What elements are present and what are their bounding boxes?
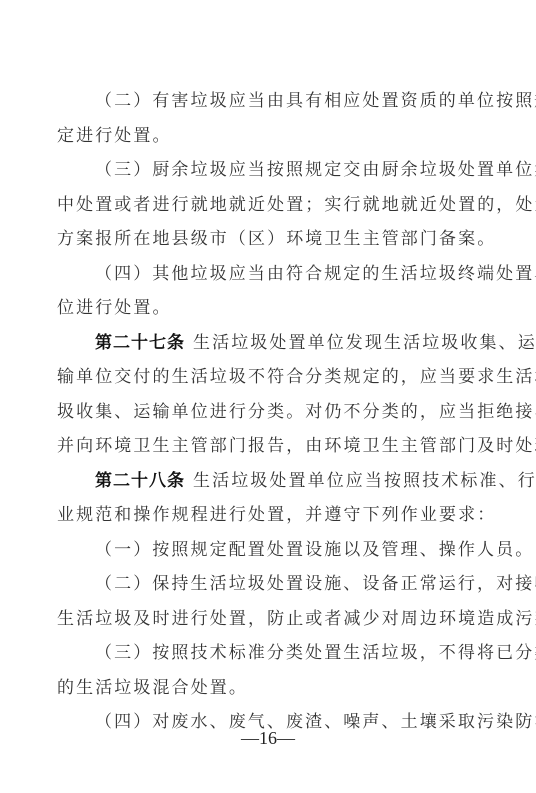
line-text: 圾收集、运输单位进行分类。对仍不分类的，应当拒绝接收，: [57, 402, 536, 422]
paragraph-line: （二）保持生活垃圾处置设施、设备正常运行，对接收的: [57, 567, 481, 602]
paragraph-line: 并向环境卫生主管部门报告，由环境卫生主管部门及时处理。: [57, 429, 481, 464]
paragraph-line: 业规范和操作规程进行处置，并遵守下列作业要求：: [57, 498, 481, 533]
line-text: （四）其他垃圾应当由符合规定的生活垃圾终端处置单: [95, 264, 536, 284]
paragraph-line: （二）有害垃圾应当由具有相应处置资质的单位按照规: [57, 84, 481, 119]
document-body: （二）有害垃圾应当由具有相应处置资质的单位按照规 定进行处置。 （三）厨余垃圾应…: [57, 84, 481, 740]
article-27-line: 第二十七条生活垃圾处置单位发现生活垃圾收集、运: [57, 326, 481, 361]
paragraph-line: （一）按照规定配置处置设施以及管理、操作人员。: [57, 533, 481, 568]
article-heading: 第二十八条: [95, 471, 185, 491]
line-text: 定进行处置。: [57, 126, 172, 146]
line-text: （三）厨余垃圾应当按照规定交由厨余垃圾处置单位集: [95, 160, 536, 180]
line-text: 生活垃圾处置单位应当按照技术标准、行: [193, 471, 536, 491]
paragraph-line: 圾收集、运输单位进行分类。对仍不分类的，应当拒绝接收，: [57, 395, 481, 430]
paragraph-line: 定进行处置。: [57, 119, 481, 154]
article-heading: 第二十七条: [95, 333, 185, 353]
line-text: 生活垃圾处置单位发现生活垃圾收集、运: [193, 333, 536, 353]
document-page: （二）有害垃圾应当由具有相应处置资质的单位按照规 定进行处置。 （三）厨余垃圾应…: [0, 0, 536, 793]
line-text: （二）有害垃圾应当由具有相应处置资质的单位按照规: [95, 91, 536, 111]
paragraph-line: 中处置或者进行就地就近处置；实行就地就近处置的，处置: [57, 188, 481, 223]
line-text: 输单位交付的生活垃圾不符合分类规定的，应当要求生活垃: [57, 367, 536, 387]
line-text: 中处置或者进行就地就近处置；实行就地就近处置的，处置: [57, 195, 536, 215]
line-text: （三）按照技术标准分类处置生活垃圾，不得将已分类: [95, 643, 536, 663]
line-text: （二）保持生活垃圾处置设施、设备正常运行，对接收的: [95, 574, 536, 594]
line-text: 方案报所在地县级市（区）环境卫生主管部门备案。: [57, 229, 496, 249]
line-text: 的生活垃圾混合处置。: [57, 678, 248, 698]
line-text: （一）按照规定配置处置设施以及管理、操作人员。: [95, 540, 534, 560]
line-text: 并向环境卫生主管部门报告，由环境卫生主管部门及时处理。: [57, 436, 536, 456]
paragraph-line: 的生活垃圾混合处置。: [57, 671, 481, 706]
line-text: 业规范和操作规程进行处置，并遵守下列作业要求：: [57, 505, 496, 525]
paragraph-line: （三）厨余垃圾应当按照规定交由厨余垃圾处置单位集: [57, 153, 481, 188]
page-number: —16—: [0, 728, 536, 749]
line-text: 生活垃圾及时进行处置，防止或者减少对周边环境造成污染。: [57, 609, 536, 629]
paragraph-line: （三）按照技术标准分类处置生活垃圾，不得将已分类: [57, 636, 481, 671]
paragraph-line: （四）其他垃圾应当由符合规定的生活垃圾终端处置单: [57, 257, 481, 292]
paragraph-line: 生活垃圾及时进行处置，防止或者减少对周边环境造成污染。: [57, 602, 481, 637]
paragraph-line: 方案报所在地县级市（区）环境卫生主管部门备案。: [57, 222, 481, 257]
line-text: 位进行处置。: [57, 298, 172, 318]
paragraph-line: 输单位交付的生活垃圾不符合分类规定的，应当要求生活垃: [57, 360, 481, 395]
paragraph-line: 位进行处置。: [57, 291, 481, 326]
article-28-line: 第二十八条生活垃圾处置单位应当按照技术标准、行: [57, 464, 481, 499]
